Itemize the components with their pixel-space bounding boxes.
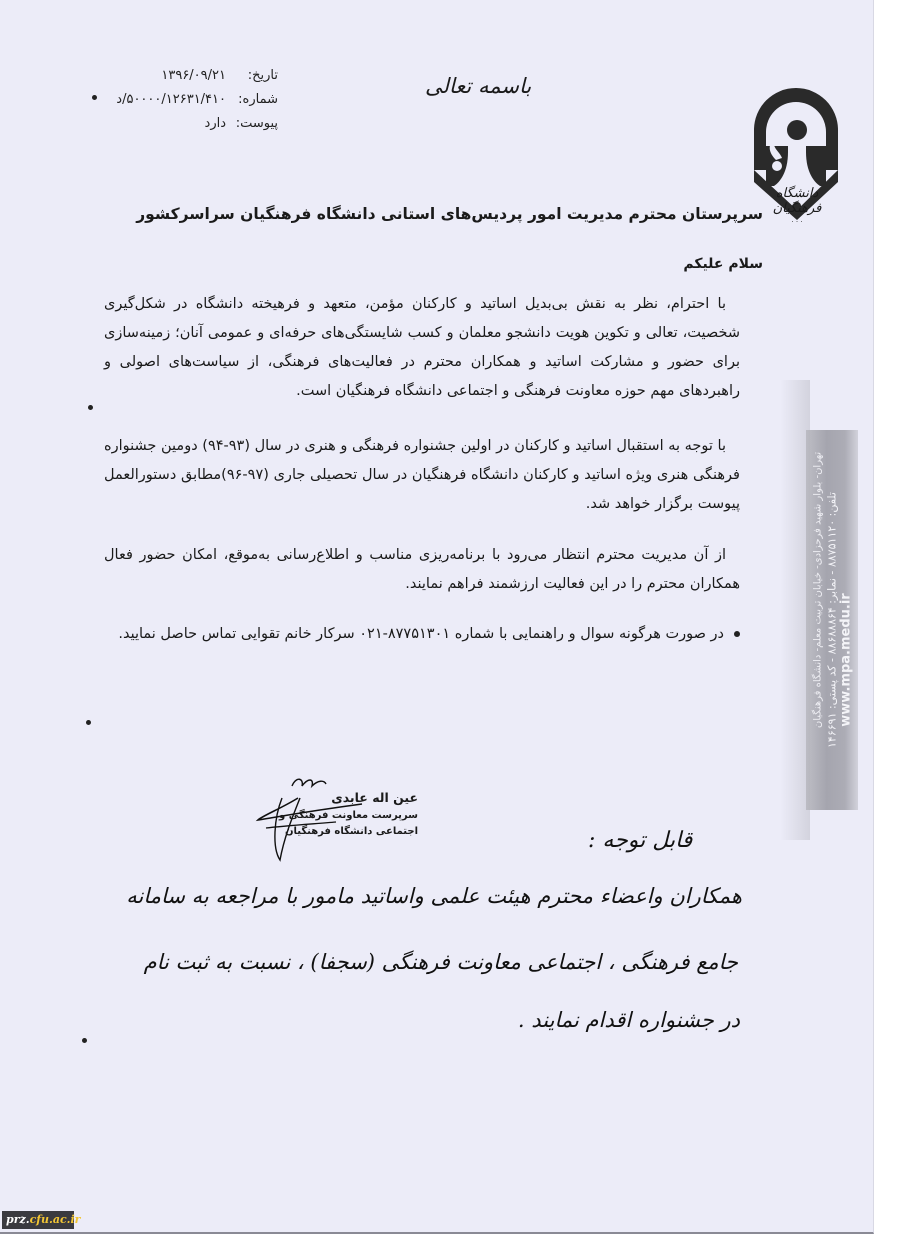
contact-bullet: در صورت هرگونه سوال و راهنمایی با شماره …	[104, 620, 740, 649]
logo-caption: دانشگاه فرهنگیان	[752, 186, 842, 216]
punch-mark	[82, 1038, 87, 1043]
watermark-domain: cfu.ac.ir	[30, 1213, 81, 1226]
logo-subcaption: ...	[768, 215, 828, 224]
punch-mark	[88, 405, 93, 410]
site-watermark: prz.cfu.ac.ir	[2, 1211, 74, 1229]
handwritten-note-line-2: جامع فرهنگی ، اجتماعی معاونت فرهنگی (سجف…	[38, 950, 738, 974]
punch-mark	[86, 720, 91, 725]
date-row: تاریخ: ۱۳۹۶/۰۹/۲۱	[88, 68, 278, 92]
number-row: شماره: ۵۰۰۰۰/۱۲۶۳۱/۴۱۰/د	[88, 92, 278, 116]
attachment-label: پیوست:	[236, 116, 278, 131]
number-value: ۵۰۰۰۰/۱۲۶۳۱/۴۱۰/د	[116, 92, 226, 107]
body-paragraph-3: از آن مدیریت محترم انتظار می‌رود با برنا…	[104, 541, 740, 599]
attachment-value: دارد	[205, 116, 226, 131]
date-label: تاریخ:	[248, 68, 278, 83]
watermark-prefix: prz.	[6, 1213, 30, 1226]
attachment-row: پیوست: دارد	[88, 116, 278, 140]
signatory-name: عین اله عابدی	[318, 790, 418, 805]
body-paragraph-2: با توجه به استقبال اساتید و کارکنان در ا…	[104, 432, 740, 519]
handwritten-note-title: قابل توجه :	[588, 828, 692, 853]
signatory-title-line-1: سرپرست معاونت فرهنگی و	[265, 810, 418, 821]
signatory-title-line-2: اجتماعی دانشگاه فرهنگیان	[265, 826, 418, 837]
number-label: شماره:	[238, 92, 278, 107]
body-paragraph-1: با احترام، نظر به نقش بی‌بدیل اساتید و ک…	[104, 290, 740, 406]
letter-meta: تاریخ: ۱۳۹۶/۰۹/۲۱ شماره: ۵۰۰۰۰/۱۲۶۳۱/۴۱۰…	[88, 68, 278, 140]
paragraph-text: از آن مدیریت محترم انتظار می‌رود با برنا…	[104, 547, 740, 592]
greeting: سلام علیکم	[683, 256, 763, 272]
paragraph-text: با احترام، نظر به نقش بی‌بدیل اساتید و ک…	[104, 296, 740, 399]
paragraph-text: با توجه به استقبال اساتید و کارکنان در ا…	[104, 438, 740, 512]
side-website: www.mpa.medu.ir	[839, 593, 854, 726]
bullet-text: در صورت هرگونه سوال و راهنمایی با شماره …	[118, 626, 724, 642]
bullet-icon	[734, 631, 740, 637]
handwritten-note-line-3: در جشنواره اقدام نمایند .	[240, 1008, 740, 1032]
scanned-letter-page: تاریخ: ۱۳۹۶/۰۹/۲۱ شماره: ۵۰۰۰۰/۱۲۶۳۱/۴۱۰…	[0, 0, 874, 1234]
basmala-heading: باسمه تعالی	[425, 74, 531, 98]
punch-mark	[92, 95, 97, 100]
side-address: تهران- بلوار شهید فرحزادی- خیابان تربیت …	[813, 452, 824, 728]
side-phone: تلفن: ۸۸۷۵۱۱۲۰ - نمابر: ۸۸۶۸۸۸۶۴ - کد پس…	[826, 492, 839, 748]
recipient-line: سرپرستان محترم مدیریت امور پردیس‌های است…	[136, 205, 763, 223]
handwritten-note-line-1: همکاران واعضاء محترم هیئت علمی واساتید م…	[52, 884, 742, 908]
date-value: ۱۳۹۶/۰۹/۲۱	[161, 68, 226, 83]
